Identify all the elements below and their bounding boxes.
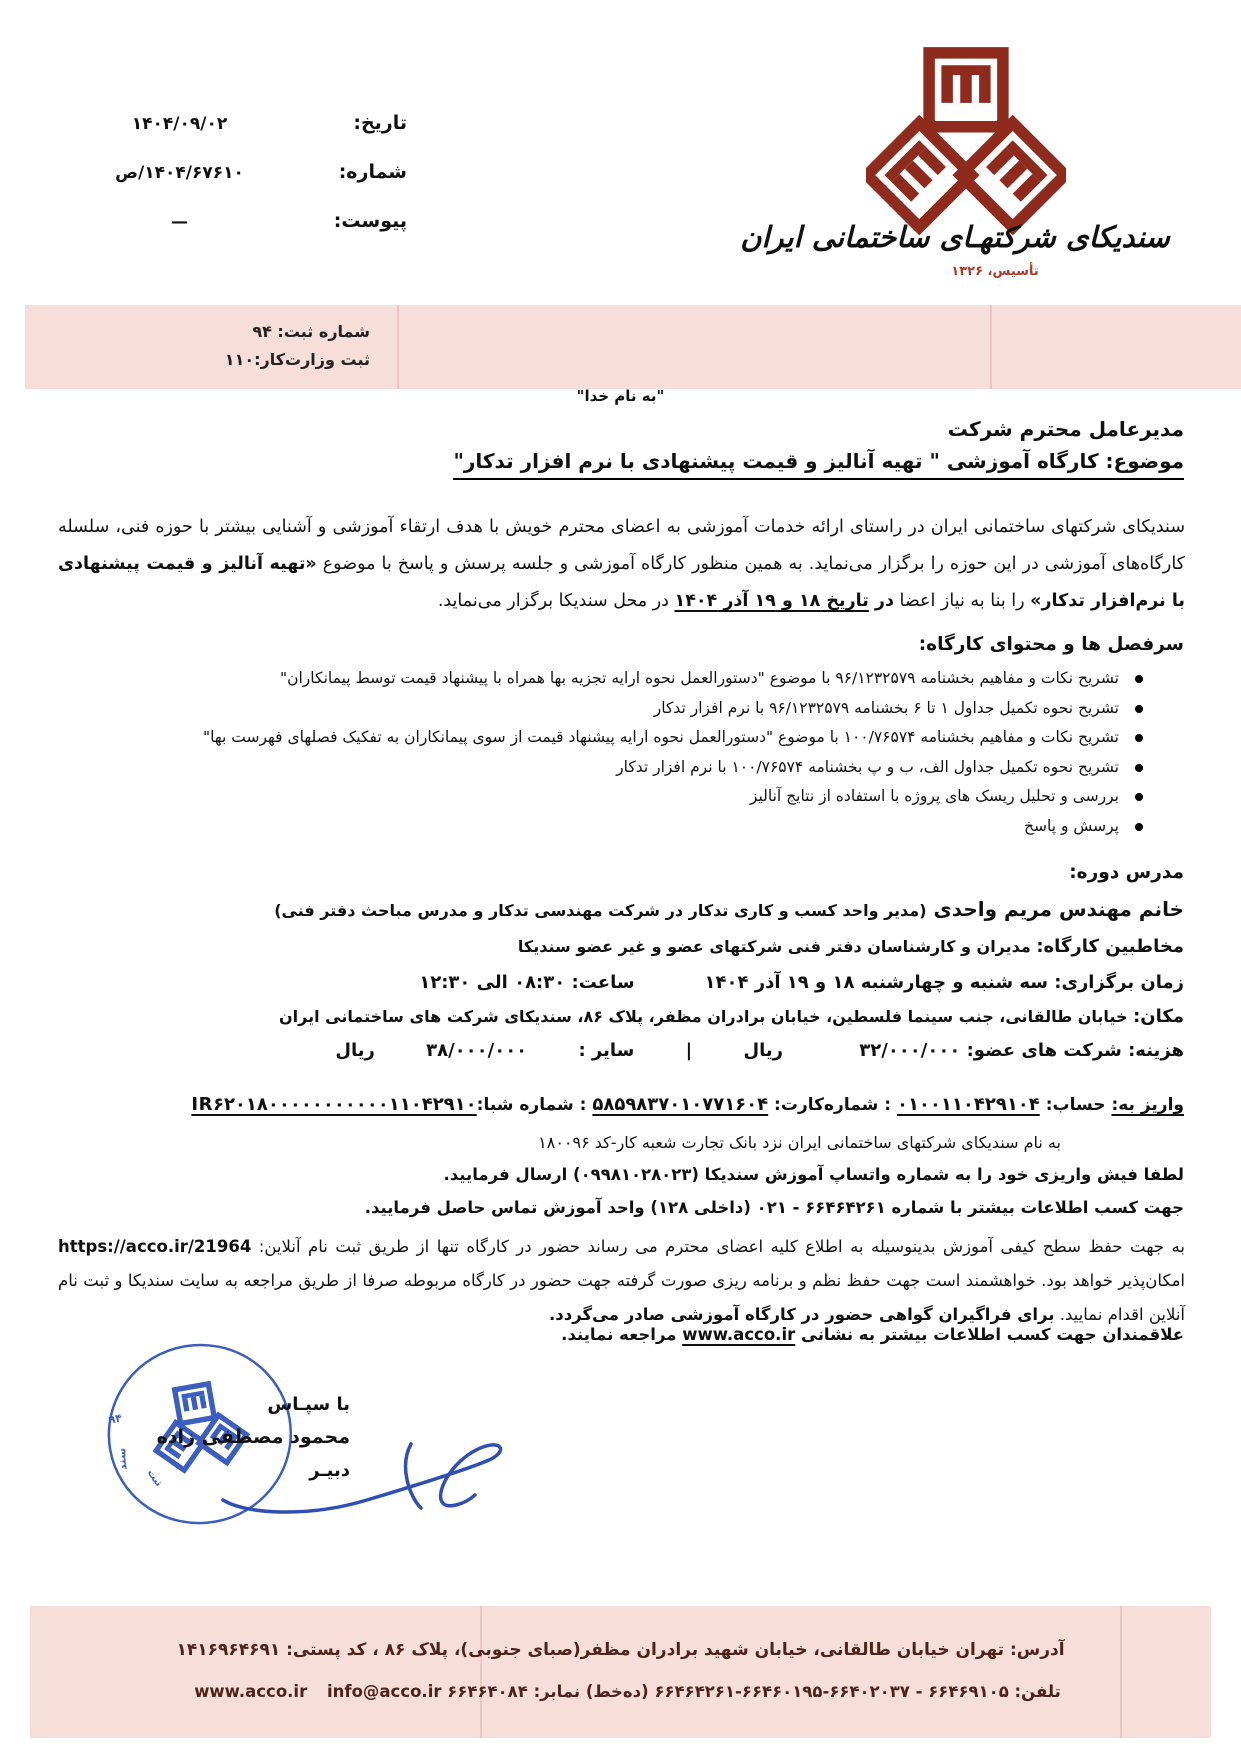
- whatsapp-line: لطفا فیش واریزی خود را به شماره واتساپ آ…: [443, 1165, 1184, 1184]
- online-registration-paragraph: به جهت حفظ سطح کیفی آموزش بدینوسیله به ا…: [58, 1230, 1185, 1332]
- topic-text: تشریح نحوه تکمیل جداول الف، ب و پ بخشنام…: [616, 758, 1119, 776]
- established-year: تأسیس، ۱۳۲۶: [905, 264, 1085, 279]
- website-link: www.acco.ir: [682, 1325, 795, 1344]
- registration-band: شماره ثبت: ۹۴ ثبت وزارت‌کار:۱۱۰: [25, 305, 1241, 389]
- topics-heading: سرفصل ها و محتوای کارگاه:: [919, 634, 1184, 655]
- letterhead-fields: تاریخ: ۱۴۰۴/۰۹/۰۲ شماره: ۱۴۰۴/۶۷۶۱۰/ص پی…: [72, 112, 407, 259]
- topic-text: تشریح نکات و مفاهیم بخشنامه ۹۶/۱۲۳۲۵۷۹ ب…: [280, 669, 1119, 687]
- card-label: : شماره‌کارت:: [768, 1095, 897, 1115]
- topics-list: تشریح نکات و مفاهیم بخشنامه ۹۶/۱۲۳۲۵۷۹ ب…: [58, 664, 1145, 841]
- number-value: ۱۴۰۴/۶۷۶۱۰/ص: [72, 163, 287, 183]
- topic-item: تشریح نکات و مفاهیم بخشنامه ۱۰۰/۷۶۵۷۴ با…: [58, 723, 1145, 753]
- org-name-calligraphy: سندیکای شرکتهـای ساختمانی ایران: [720, 220, 1190, 254]
- hour-value: ۰۸:۳۰ الی ۱۲:۳۰: [419, 972, 571, 993]
- certificate-note: برای فراگیران گواهی حضور در کارگاه آموزش…: [549, 1305, 1054, 1324]
- hour-label: ساعت:: [572, 972, 635, 993]
- intro-dates: تاریخ ۱۸ و ۱۹ آذر ۱۴۰۴: [675, 591, 869, 611]
- footer-address: آدرس: تهران خیابان طالقانی، خیابان شهید …: [30, 1640, 1211, 1660]
- fee-member-label: شرکت های عضو:: [967, 1040, 1122, 1061]
- footer-website: www.acco.ir: [194, 1682, 307, 1701]
- audience-label: مخاطبین کارگاه:: [1036, 936, 1184, 957]
- time-value: سه شنبه و چهارشنبه ۱۸ و ۱۹ آذر ۱۴۰۴: [705, 972, 1055, 993]
- payment-line: واریز به: حساب: ۰۱۰۰۱۱۰۴۲۹۱۰۴ : شماره‌کا…: [191, 1094, 1184, 1115]
- subject-wrap: موضوع: کارگاه آموزشی " تهیه آنالیز و قیم…: [453, 449, 1184, 480]
- date-label: تاریخ:: [353, 112, 407, 134]
- online-text-1: به جهت حفظ سطح کیفی آموزش بدینوسیله به ا…: [251, 1237, 1185, 1256]
- audience-line: مخاطبین کارگاه: مدیران و کارشناسان دفتر …: [518, 936, 1184, 957]
- footer-phone-numbers: تلفن: ۶۶۴۶۹۱۰۵ - ۶۶۴۰۲۰۳۷-۶۶۴۶۰۱۹۵-۶۶۴۶۴…: [447, 1682, 1061, 1701]
- footer-email: info@acco.ir: [327, 1682, 442, 1701]
- location-value: خیابان طالقانی، جنب سینما فلسطین، خیابان…: [279, 1007, 1133, 1026]
- date-row: تاریخ: ۱۴۰۴/۰۹/۰۲: [72, 112, 407, 161]
- iban-label: : شماره شبا:: [477, 1095, 593, 1115]
- scanned-letter-page: تاریخ: ۱۴۰۴/۰۹/۰۲ شماره: ۱۴۰۴/۶۷۶۱۰/ص پی…: [0, 0, 1241, 1754]
- intro-text-2: را بنا به نیاز اعضا: [894, 591, 1030, 611]
- syndicate-logo-icon: [866, 46, 1066, 236]
- topic-item: تشریح نحوه تکمیل جداول الف، ب و پ بخشنام…: [58, 753, 1145, 783]
- pay-label: واریز به:: [1111, 1095, 1184, 1115]
- registration-link: https://acco.ir/21964: [58, 1230, 251, 1264]
- date-value: ۱۴۰۴/۰۹/۰۲: [72, 114, 287, 134]
- account-label: حساب:: [1040, 1095, 1112, 1115]
- topic-text: تشریح نحوه تکمیل جداول ۱ تا ۶ بخشنامه ۹۶…: [654, 699, 1119, 717]
- registration-block: شماره ثبت: ۹۴ ثبت وزارت‌کار:۱۱۰: [205, 318, 370, 374]
- more-info-text-1: علاقمندان جهت کسب اطلاعات بیشتر به نشانی: [795, 1325, 1184, 1344]
- attachment-row: پیوست: —: [72, 210, 407, 259]
- iban-number: IR۶۲۰۱۸۰۰۰۰۰۰۰۰۰۰۰۱۱۰۴۲۹۱۰: [191, 1094, 476, 1115]
- location-label: مکان:: [1133, 1006, 1184, 1027]
- paper-fold-line: [397, 305, 399, 389]
- subject-line: موضوع: کارگاه آموزشی " تهیه آنالیز و قیم…: [453, 449, 1184, 480]
- time-label: زمان برگزاری:: [1054, 972, 1184, 993]
- fee-label: هزینه:: [1128, 1040, 1184, 1061]
- fee-other-label: سایر :: [578, 1040, 634, 1061]
- topic-item: تشریح نکات و مفاهیم بخشنامه ۹۶/۱۲۳۲۵۷۹ ب…: [58, 664, 1145, 694]
- card-number: ۵۸۵۹۸۳۷۰۱۰۷۷۱۶۰۴: [592, 1094, 768, 1115]
- bismillah: "به نام خدا": [0, 387, 1241, 405]
- recipient-line: مدیرعامل محترم شرکت: [948, 417, 1184, 441]
- instructor-heading: مدرس دوره:: [1069, 862, 1184, 883]
- hour-group: ساعت: ۰۸:۳۰ الی ۱۲:۳۰: [419, 972, 634, 993]
- paper-fold-line: [990, 305, 992, 389]
- signature-scribble-icon: [215, 1438, 515, 1528]
- fee-member-value: ۳۲/۰۰۰/۰۰۰: [859, 1040, 960, 1061]
- topic-item: پرسش و پاسخ: [58, 812, 1145, 842]
- fee-line: هزینه: شرکت های عضو: ۳۲/۰۰۰/۰۰۰ ریال | س…: [323, 1040, 1184, 1061]
- fee-separator: |: [686, 1040, 693, 1061]
- number-row: شماره: ۱۴۰۴/۶۷۶۱۰/ص: [72, 161, 407, 210]
- contact-line: جهت کسب اطلاعات بیشتر با شماره ۶۶۴۶۴۲۶۱ …: [365, 1198, 1184, 1217]
- signature-thanks: با سپـاس: [140, 1388, 350, 1421]
- paper-fold-line: [480, 1606, 482, 1738]
- attachment-value: —: [72, 212, 287, 232]
- more-info-line: علاقمندان جهت کسب اطلاعات بیشتر به نشانی…: [561, 1325, 1184, 1344]
- footer-contact-line: تلفن: ۶۶۴۶۹۱۰۵ - ۶۶۴۰۲۰۳۷-۶۶۴۶۰۱۹۵-۶۶۴۶۴…: [30, 1682, 1211, 1701]
- intro-in-word: در: [869, 591, 894, 611]
- paper-fold-line: [1120, 1606, 1122, 1738]
- account-number: ۰۱۰۰۱۱۰۴۲۹۱۰۴: [897, 1094, 1040, 1115]
- topic-text: پرسش و پاسخ: [1024, 817, 1119, 835]
- topic-item: بررسی و تحلیل ریسک های پروژه با استفاده …: [58, 782, 1145, 812]
- more-info-text-2: مراجعه نمایند.: [561, 1325, 682, 1344]
- topic-item: تشریح نحوه تکمیل جداول ۱ تا ۶ بخشنامه ۹۶…: [58, 694, 1145, 724]
- number-label: شماره:: [339, 161, 407, 183]
- intro-paragraph: سندیکای شرکتهای ساختمانی ایران در راستای…: [58, 509, 1185, 620]
- topic-text: بررسی و تحلیل ریسک های پروژه با استفاده …: [750, 787, 1119, 805]
- footer-band: آدرس: تهران خیابان طالقانی، خیابان شهید …: [30, 1606, 1211, 1738]
- topic-text: تشریح نکات و مفاهیم بخشنامه ۱۰۰/۷۶۵۷۴ با…: [203, 728, 1119, 746]
- registration-number: شماره ثبت: ۹۴: [205, 318, 370, 346]
- beneficiary-line: به نام سندیکای شرکتهای ساختمانی ایران نز…: [538, 1133, 1061, 1152]
- intro-text-3: در محل سندیکا برگزار می‌نماید.: [438, 591, 675, 611]
- audience-value: مدیران و کارشناسان دفتر فنی شرکتهای عضو …: [518, 937, 1036, 956]
- fee-member-unit: ریال: [743, 1040, 783, 1061]
- stamp-reg-number: ۹۴: [107, 1411, 123, 1426]
- labor-ministry-registration: ثبت وزارت‌کار:۱۱۰: [205, 346, 370, 374]
- fee-other-unit: ریال: [335, 1040, 375, 1061]
- instructor-description: (مدیر واحد کسب و کاری تدکار در شرکت مهند…: [274, 901, 926, 920]
- instructor-name: خانم مهندس مریم واحدی: [927, 897, 1184, 921]
- location-line: مکان: خیابان طالقانی، جنب سینما فلسطین، …: [279, 1006, 1184, 1027]
- time-line: زمان برگزاری: سه شنبه و چهارشنبه ۱۸ و ۱۹…: [419, 972, 1184, 993]
- attachment-label: پیوست:: [334, 210, 407, 232]
- instructor-line: خانم مهندس مریم واحدی (مدیر واحد کسب و ک…: [274, 897, 1184, 921]
- fee-other-value: ۳۸/۰۰۰/۰۰۰: [426, 1040, 527, 1061]
